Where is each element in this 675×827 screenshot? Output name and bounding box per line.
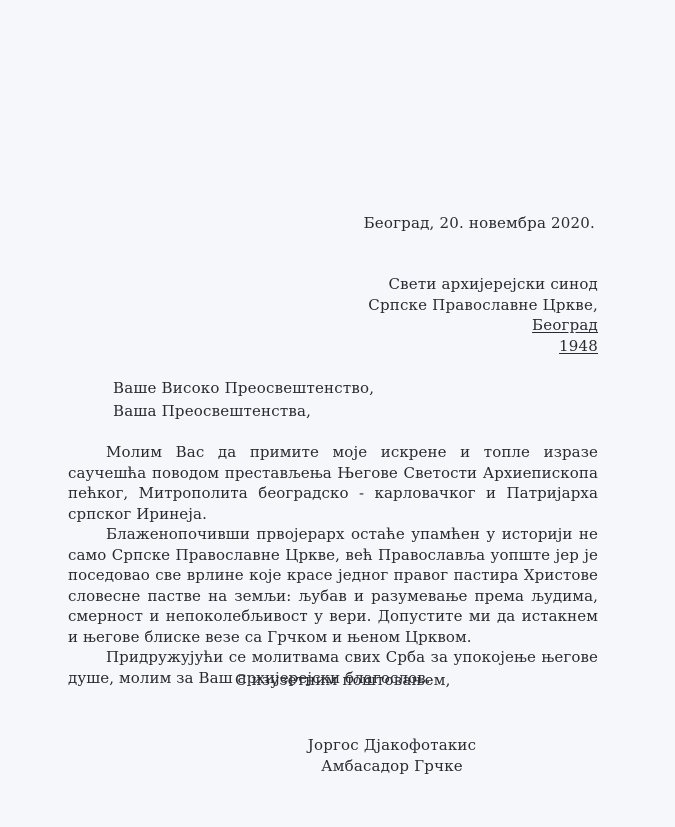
date-line: Београд, 20. новембра 2020.: [364, 213, 595, 234]
letter-body: Молим Вас да примите моје искрене и топл…: [68, 442, 598, 688]
body-paragraph-1: Молим Вас да примите моје искрене и топл…: [68, 442, 598, 524]
signature-block: Јоргос Дјакофотакис Амбасадор Грчке: [278, 735, 506, 777]
recipient-line-city: Београд: [368, 315, 598, 336]
recipient-block: Свети архијерејски синод Српске Правосла…: [368, 274, 598, 356]
recipient-line-synod: Свети архијерејски синод: [368, 274, 598, 295]
closing-line: С изузетним поштовањем,: [235, 671, 451, 689]
signature-title: Амбасадор Грчке: [278, 756, 506, 777]
letter-scan-page: Београд, 20. новембра 2020. Свети архије…: [0, 0, 675, 827]
body-paragraph-2: Блаженопочивши првојерарх остаће упамћен…: [68, 524, 598, 647]
recipient-line-number: 1948: [368, 336, 598, 357]
signature-name: Јоргос Дјакофотакис: [278, 735, 506, 756]
salutation-block: Ваше Високо Преосвештенство, Ваша Преосв…: [113, 377, 374, 422]
salutation-line-1: Ваше Високо Преосвештенство,: [113, 377, 374, 400]
recipient-line-church: Српске Православне Цркве,: [368, 295, 598, 316]
salutation-line-2: Ваша Преосвештенства,: [113, 400, 374, 423]
